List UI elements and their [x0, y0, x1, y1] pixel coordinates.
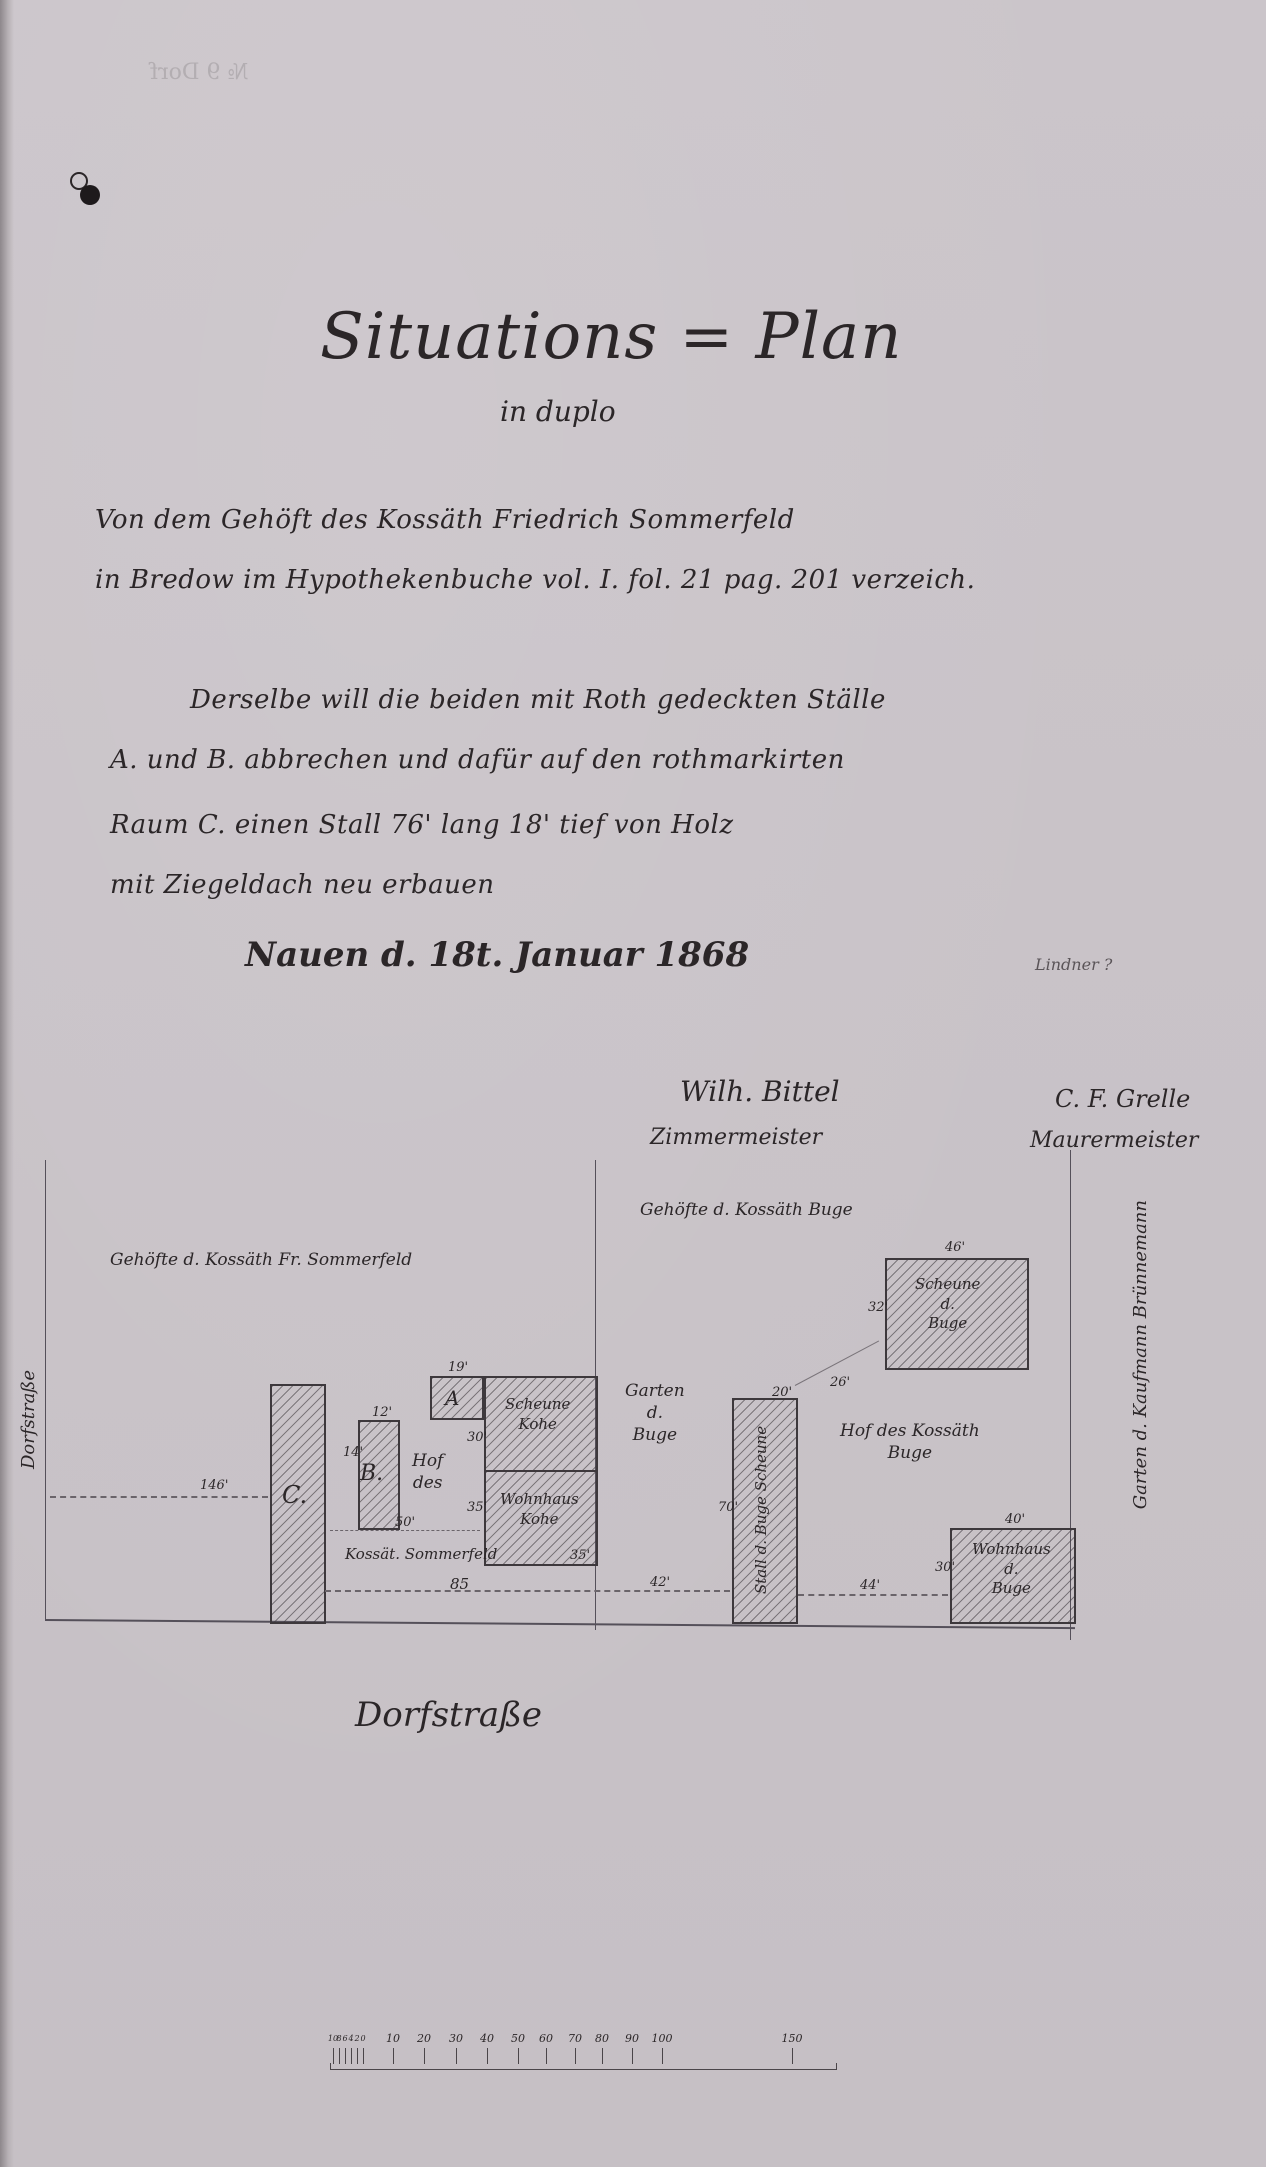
dimension-12: 12': [372, 1405, 392, 1420]
scale-tick: [357, 2048, 358, 2064]
scale-tick-label: 80: [595, 2032, 609, 2045]
area-label-buge: Gehöfte d. Kossäth Buge: [640, 1200, 853, 1220]
signature-name: C. F. Grelle: [1055, 1085, 1190, 1113]
dimension-85: 85: [450, 1575, 469, 1593]
scale-tick-label: 90: [625, 2032, 639, 2045]
scale-tick: [632, 2048, 633, 2064]
dimension-46: 46': [945, 1240, 965, 1255]
area-label-sommerfeld: Gehöfte d. Kossäth Fr. Sommerfeld: [110, 1250, 412, 1270]
body-line: Raum C. einen Stall 76' lang 18' tief vo…: [110, 810, 734, 840]
scale-tick-label: 8: [336, 2034, 341, 2043]
page-title: Situations = Plan: [320, 300, 902, 374]
dimension-35: 35': [467, 1500, 487, 1515]
scale-tick-label: 0: [360, 2034, 365, 2043]
scale-tick-label: 30: [449, 2032, 463, 2045]
scale-tick: [351, 2048, 352, 2064]
dimension-42: 42': [650, 1575, 670, 1590]
scale-tick-label: 40: [480, 2032, 494, 2045]
scale-bar-line: [330, 2063, 837, 2070]
scale-tick: [424, 2048, 425, 2064]
scale-tick-label: 50: [511, 2032, 525, 2045]
scale-tick-label: 70: [568, 2032, 582, 2045]
scale-tick-label: 60: [539, 2032, 553, 2045]
scale-tick: [333, 2048, 334, 2064]
yard-sommerfeld-label: Hof des: [412, 1450, 443, 1494]
yard-buge-label: Hof des Kossäth Buge: [840, 1420, 980, 1464]
dimension-line: [325, 1590, 730, 1592]
scale-tick: [792, 2048, 793, 2064]
stable-buge-label: Stall d. Buge Scheune: [752, 1420, 772, 1600]
scale-tick: [393, 2048, 394, 2064]
dimension-line: [798, 1594, 948, 1596]
barn-buge-label: Scheune d. Buge: [915, 1275, 980, 1334]
dimension-146: 146': [200, 1478, 228, 1493]
dimension-line: [50, 1496, 268, 1498]
building-b-label: B.: [360, 1460, 383, 1489]
dimension-30b: 30': [935, 1560, 955, 1575]
margin-note: Lindner ?: [1035, 955, 1112, 974]
scale-tick-label: 4: [348, 2034, 353, 2043]
bleed-through-note: № 9 Dorf: [150, 60, 248, 85]
building-c-label: C.: [282, 1480, 307, 1511]
scale-tick: [456, 2048, 457, 2064]
body-line: Derselbe will die beiden mit Roth gedeck…: [190, 685, 886, 715]
dimension-40: 40': [1005, 1512, 1025, 1527]
scale-tick: [602, 2048, 603, 2064]
yard-sommerfeld-caption: Kossät. Sommerfeld: [345, 1545, 497, 1563]
body-line: in Bredow im Hypothekenbuche vol. I. fol…: [95, 565, 975, 595]
scale-tick-label: 150: [782, 2032, 803, 2045]
house-sommerfeld-label: Wohnhaus Kohe: [500, 1490, 579, 1529]
scale-tick-label: 10: [386, 2032, 400, 2045]
page-subtitle: in duplo: [500, 395, 616, 428]
body-line: Von dem Gehöft des Kossäth Friedrich Som…: [95, 505, 795, 535]
punch-hole-icon: [80, 185, 100, 205]
plan-boundary: [45, 1160, 46, 1620]
scale-tick-label: 6: [342, 2034, 347, 2043]
dimension-32: 32': [868, 1300, 888, 1315]
scale-tick: [575, 2048, 576, 2064]
dimension-44: 44': [860, 1578, 880, 1593]
street-label: Dorfstraße: [355, 1695, 542, 1735]
dimension-19: 19': [448, 1360, 468, 1375]
dimension-20: 20': [772, 1385, 792, 1400]
house-buge-label: Wohnhaus d. Buge: [972, 1540, 1051, 1599]
dimension-line: [330, 1530, 480, 1531]
scale-tick: [487, 2048, 488, 2064]
building-a-label: A: [445, 1385, 459, 1411]
signature-role: Zimmermeister: [650, 1125, 822, 1150]
neighbour-label-right: Garten d. Kaufmann Brünnemann: [1130, 1200, 1151, 1509]
dimension-30: 30': [467, 1430, 487, 1445]
dimension-35b: 35': [570, 1548, 590, 1563]
scale-tick-label: 2: [354, 2034, 359, 2043]
scale-tick: [518, 2048, 519, 2064]
scale-tick-label: 100: [652, 2032, 673, 2045]
binding-edge: [0, 0, 14, 2167]
signature-role: Maurermeister: [1030, 1128, 1198, 1153]
signature-name: Wilh. Bittel: [680, 1075, 840, 1108]
scale-tick: [345, 2048, 346, 2064]
scale-tick-label: 20: [417, 2032, 431, 2045]
scale-tick: [546, 2048, 547, 2064]
dimension-50: 50': [395, 1515, 415, 1530]
date-line: Nauen d. 18t. Januar 1868: [245, 935, 749, 975]
neighbour-label-left: Dorfstraße: [18, 1370, 39, 1469]
body-line: A. und B. abbrechen und dafür auf den ro…: [110, 745, 845, 775]
dimension-14: 14': [343, 1445, 363, 1460]
scale-tick: [339, 2048, 340, 2064]
body-line: mit Ziegeldach neu erbauen: [110, 870, 495, 900]
scale-tick: [662, 2048, 663, 2064]
dimension-70: 70': [718, 1500, 738, 1515]
dimension-26: 26': [830, 1375, 850, 1390]
barn-sommerfeld-label: Scheune Kohe: [505, 1395, 570, 1434]
scale-tick: [363, 2048, 364, 2064]
garden-buge-label: Garten d. Buge: [625, 1380, 685, 1446]
